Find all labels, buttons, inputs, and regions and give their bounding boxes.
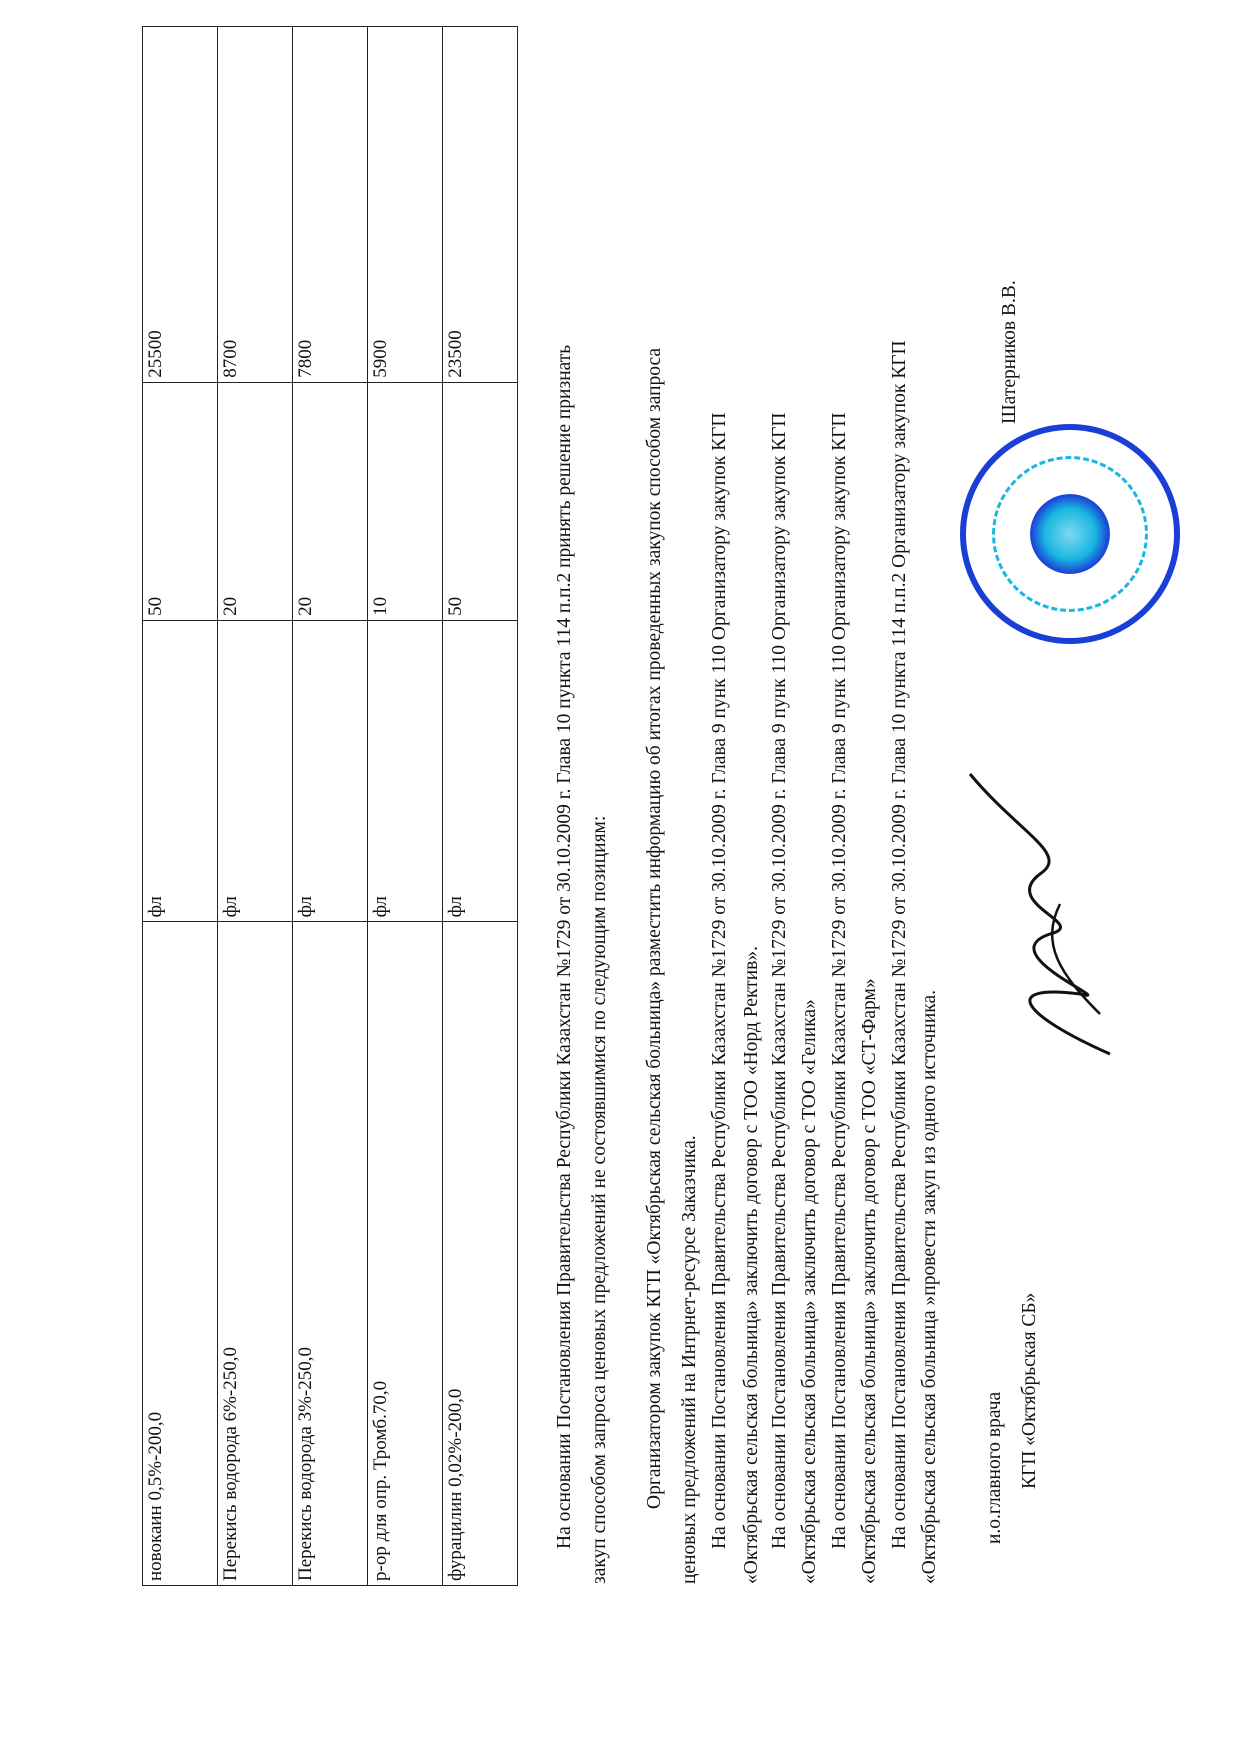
cell-price: 7800 (293, 27, 368, 383)
cell-name: Перекись водорода 6%-250,0 (218, 922, 293, 1586)
rotated-document-page: новокаин 0,5%-200,0фл5025500Перекись вод… (0, 0, 1248, 1754)
cell-price: 23500 (443, 27, 518, 383)
paragraph-5-line-1: На основании Постановления Правительства… (830, 413, 850, 1549)
paragraph-2-line-1: Организатором закупок КГП «Октябрьская с… (645, 348, 665, 1509)
paragraph-6-line-2: «Октябрьская сельская больница »провести… (920, 990, 940, 1584)
handwritten-signature (960, 754, 1130, 1074)
cell-qty: 20 (218, 382, 293, 620)
paragraph-4-line-2: «Октябрьская сельская больница» заключит… (800, 999, 820, 1584)
paragraph-6-line-1: На основании Постановления Правительства… (890, 340, 910, 1549)
paragraph-3-line-1: На основании Постановления Правительства… (710, 413, 730, 1549)
cell-unit: фл (443, 620, 518, 921)
paragraph-2-line-2: ценовых предложений на Интрнет-ресурсе З… (680, 1135, 700, 1584)
table-row: новокаин 0,5%-200,0фл5025500 (143, 27, 218, 1586)
stamp-emblem-icon (1030, 494, 1110, 574)
cell-name: Перекись водорода 3%-250,0 (293, 922, 368, 1586)
paragraph-3-line-2: «Октябрьская сельская больница» заключит… (742, 946, 762, 1584)
cell-unit: фл (368, 620, 443, 921)
signatory-organization: КГП «Октябрьская СБ» (1020, 1293, 1040, 1489)
table-row: фурацилин 0,02%-200,0фл5023500 (443, 27, 518, 1586)
cell-price: 5900 (368, 27, 443, 383)
cell-name: новокаин 0,5%-200,0 (143, 922, 218, 1586)
table-row: р-ор для опр. Тромб.70,0фл105900 (368, 27, 443, 1586)
cell-unit: фл (143, 620, 218, 921)
items-table: новокаин 0,5%-200,0фл5025500Перекись вод… (142, 26, 518, 1586)
cell-price: 8700 (218, 27, 293, 383)
table-row: Перекись водорода 6%-250,0фл208700 (218, 27, 293, 1586)
cell-qty: 10 (368, 382, 443, 620)
table-row: Перекись водорода 3%-250,0фл207800 (293, 27, 368, 1586)
cell-unit: фл (293, 620, 368, 921)
paragraph-1-line-1: На основании Постановления Правительства… (555, 345, 575, 1549)
paragraph-4-line-1: На основании Постановления Правительства… (770, 413, 790, 1549)
cell-qty: 20 (293, 382, 368, 620)
official-stamp (960, 424, 1180, 644)
cell-price: 25500 (143, 27, 218, 383)
signatory-title: и.о.главного врача (985, 1392, 1005, 1544)
cell-name: р-ор для опр. Тромб.70,0 (368, 922, 443, 1586)
cell-name: фурацилин 0,02%-200,0 (443, 922, 518, 1586)
cell-qty: 50 (143, 382, 218, 620)
paragraph-1-line-2: закуп способом запроса ценовых предложен… (590, 816, 610, 1584)
cell-unit: фл (218, 620, 293, 921)
cell-qty: 50 (443, 382, 518, 620)
signatory-name: Шатерников В.В. (1000, 280, 1020, 424)
paragraph-5-line-2: «Октябрьская сельская больница» заключит… (860, 978, 880, 1584)
stamp-inner-ring (992, 456, 1148, 612)
